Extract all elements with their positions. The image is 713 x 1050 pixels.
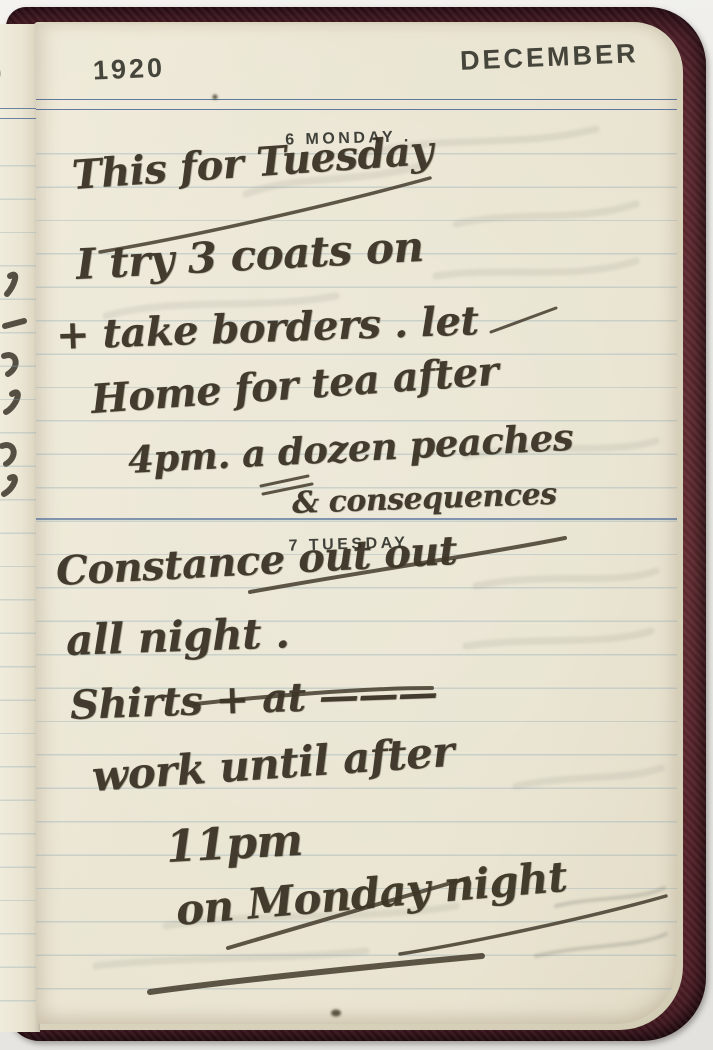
handwriting-segment: at ——— bbox=[261, 669, 438, 722]
handwriting-segment: out bbox=[369, 527, 458, 578]
header-double-rule bbox=[36, 99, 677, 110]
handwriting-segment: all night . bbox=[65, 608, 290, 665]
handwriting-segment: 11pm bbox=[165, 815, 304, 873]
handwriting-segment: Shirts + bbox=[69, 675, 263, 729]
ruled-lines bbox=[0, 165, 40, 1022]
handwriting-segment: on bbox=[174, 880, 250, 935]
diary-page: 1920 DECEMBER 6 MONDAY . 7 TUESDAY This … bbox=[36, 24, 677, 1024]
handwriting-segment: out bbox=[297, 532, 372, 583]
handwriting-segment: let bbox=[420, 297, 479, 346]
previous-page-edge: 0 bbox=[0, 24, 40, 1032]
handwriting-segment: & bbox=[291, 485, 329, 521]
diary-line: all night . bbox=[65, 608, 290, 665]
ruled-double-line bbox=[0, 108, 40, 119]
printed-year: 1920 bbox=[92, 52, 165, 86]
diary-line: 11pm bbox=[165, 815, 304, 873]
diary-scan: 0 bbox=[0, 0, 713, 1050]
printed-month: DECEMBER bbox=[460, 38, 640, 77]
